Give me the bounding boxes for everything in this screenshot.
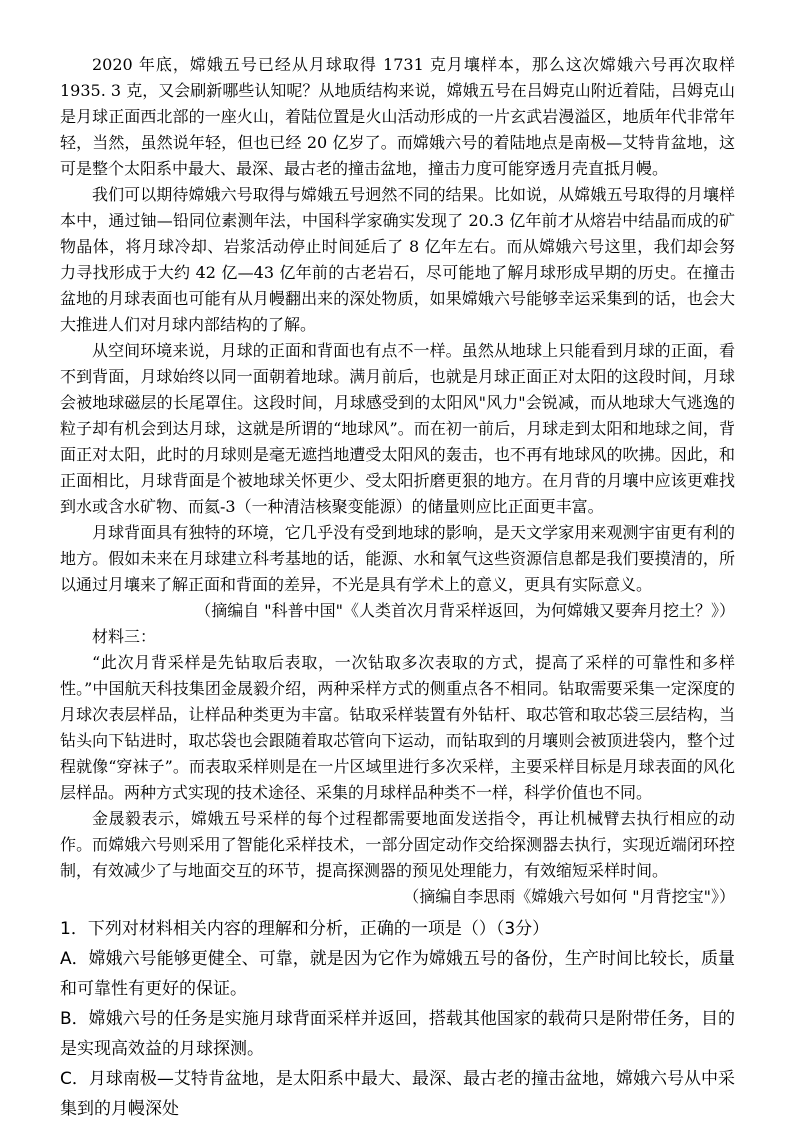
reading-passage: 2020 年底，嫦娥五号已经从月球取得 1731 克月壤样本，那么这次嫦娥六号再…	[60, 52, 735, 910]
question-1-option-a: A．嫦娥六号能够更健全、可靠，就是因为它作为嫦娥五号的备份，生产时间比较长，质量…	[60, 944, 735, 1004]
material-two-attribution: （摘编自 "科普中国"《人类首次月背采样返回，为何嫦娥又要奔月挖土？》）	[60, 598, 735, 624]
material-three-label: 材料三：	[60, 624, 735, 650]
question-1-option-c: C．月球南极—艾特肯盆地，是太阳系中最大、最深、最古老的撞击盆地，嫦娥六号从中采…	[60, 1064, 735, 1123]
document-page: 2020 年底，嫦娥五号已经从月球取得 1731 克月壤样本，那么这次嫦娥六号再…	[0, 0, 794, 1123]
passage-paragraph-2: 我们可以期待嫦娥六号取得与嫦娥五号迥然不同的结果。比如说，从嫦娥五号取得的月壤样…	[60, 182, 735, 338]
question-1-option-b: B．嫦娥六号的任务是实施月球背面采样并返回，搭载其他国家的载荷只是附带任务，目的…	[60, 1004, 735, 1064]
passage-paragraph-5: “此次月背采样是先钻取后表取，一次钻取多次表取的方式，提高了采样的可靠性和多样性…	[60, 650, 735, 806]
question-section: 1．下列对材料相关内容的理解和分析，正确的一项是（）（3分） A．嫦娥六号能够更…	[60, 914, 735, 1123]
passage-paragraph-4: 月球背面具有独特的环境，它几乎没有受到地球的影响，是天文学家用来观测宇宙更有利的…	[60, 520, 735, 598]
question-1-stem: 1．下列对材料相关内容的理解和分析，正确的一项是（）（3分）	[60, 914, 735, 944]
material-three-attribution: （摘编自李思雨《嫦娥六号如何 "月背挖宝"》）	[60, 884, 735, 910]
passage-paragraph-1: 2020 年底，嫦娥五号已经从月球取得 1731 克月壤样本，那么这次嫦娥六号再…	[60, 52, 735, 182]
passage-paragraph-3: 从空间环境来说，月球的正面和背面也有点不一样。虽然从地球上只能看到月球的正面，看…	[60, 338, 735, 520]
passage-paragraph-6: 金晟毅表示，嫦娥五号采样的每个过程都需要地面发送指令，再让机械臂去执行相应的动作…	[60, 806, 735, 884]
